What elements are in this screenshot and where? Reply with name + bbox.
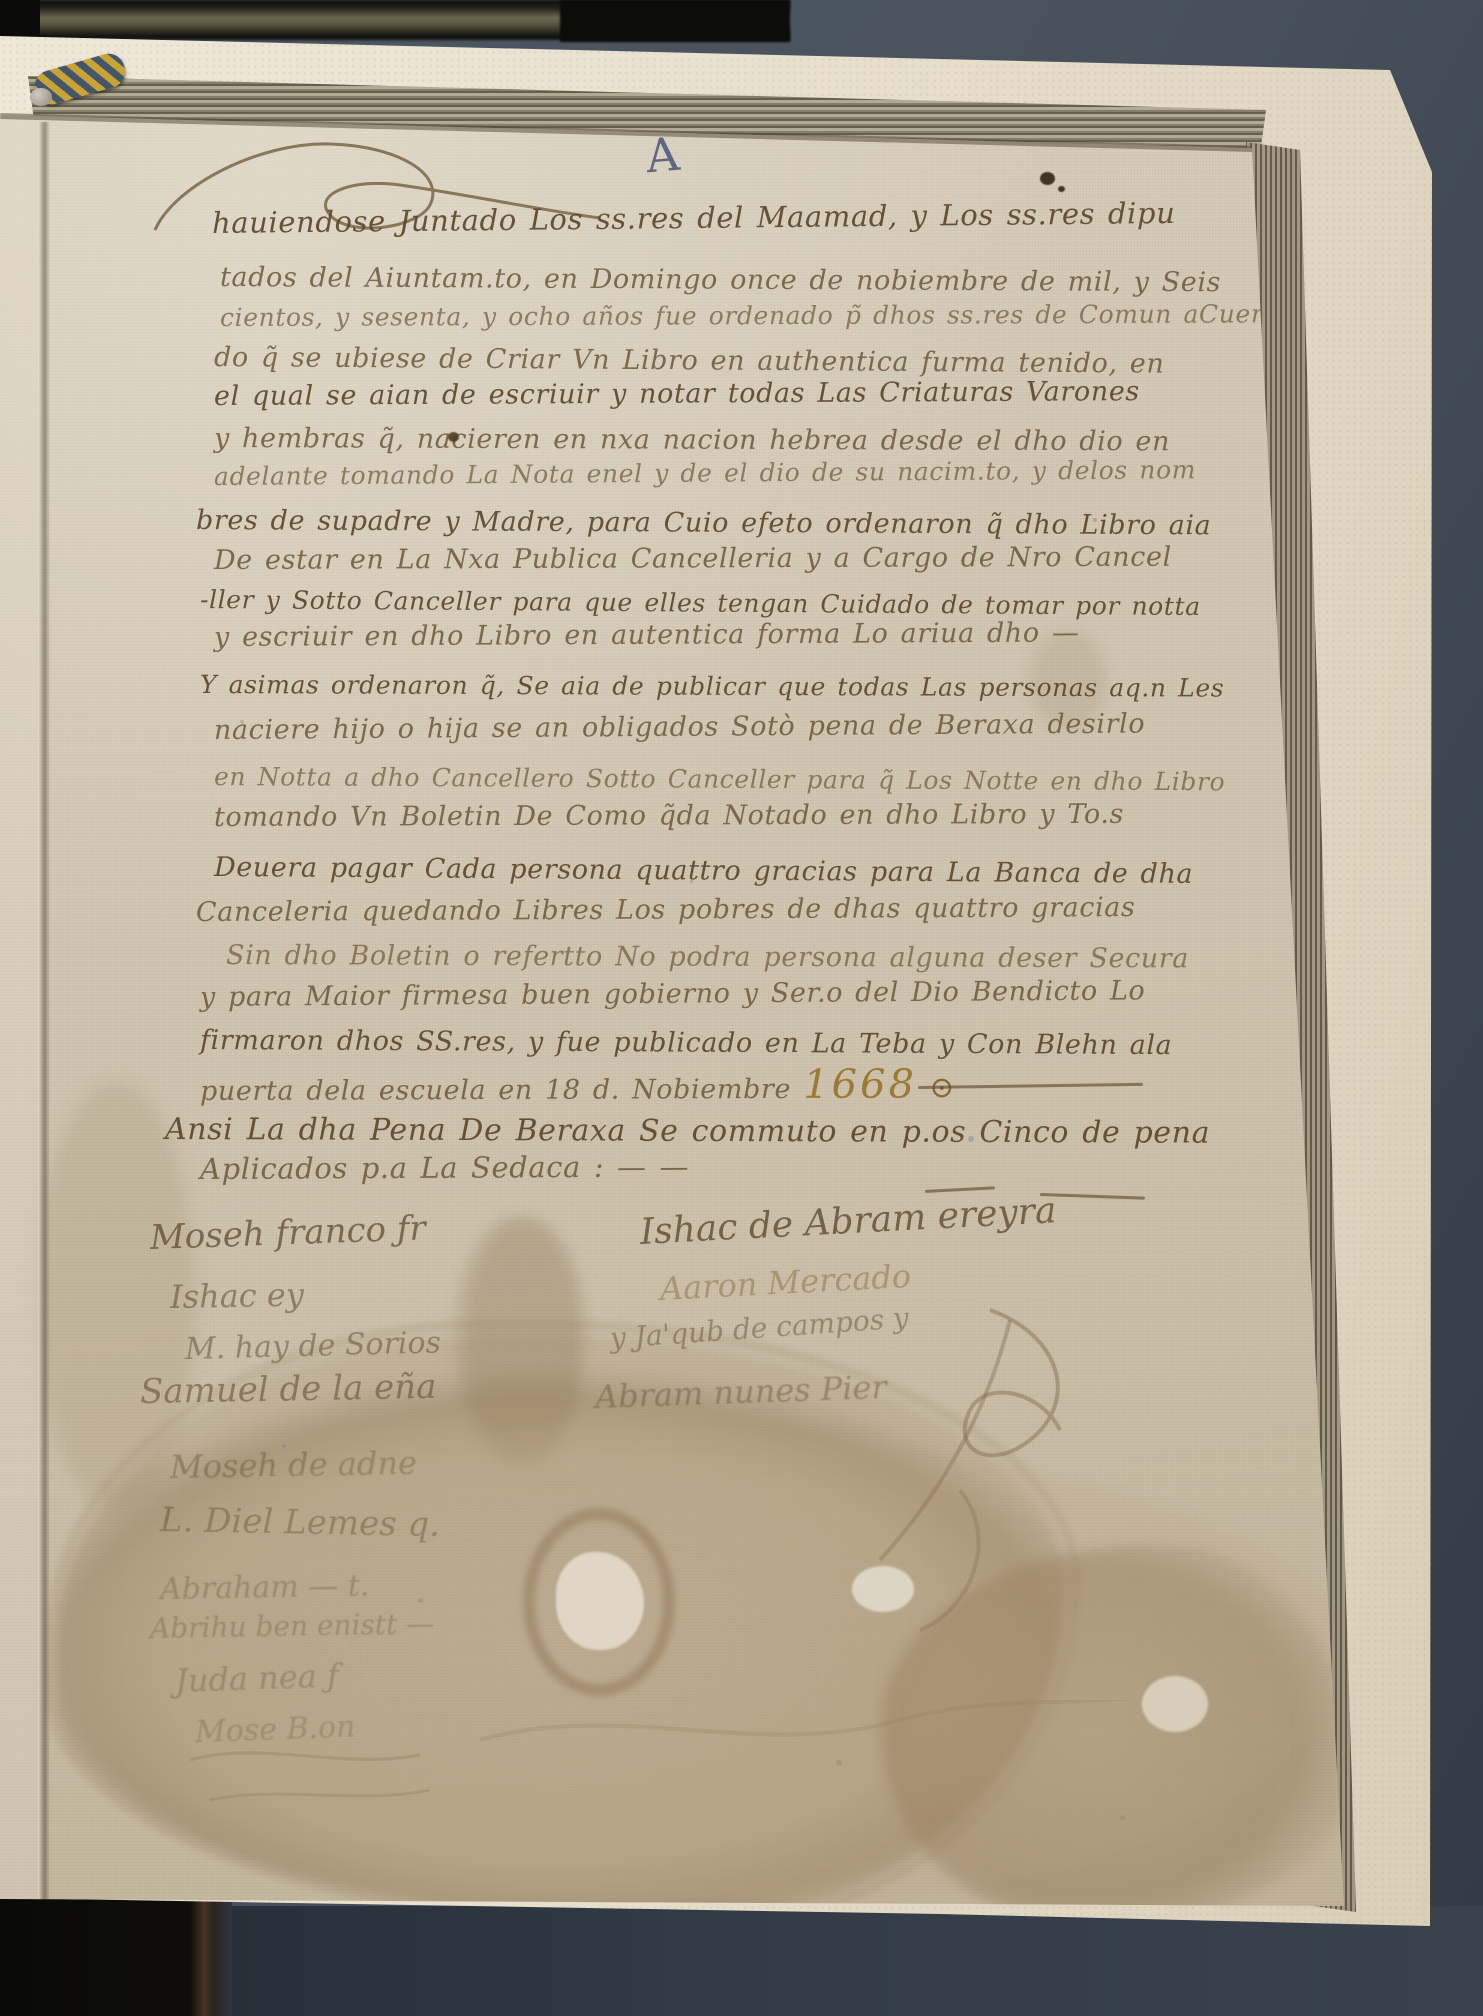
signature: Ishac ey [170,1276,305,1316]
manuscript-line-5: el qual se aian de escriuir y notar toda… [214,376,1140,412]
manuscript-photograph: A hauiendose Juntado Los ss.res del Maam… [0,0,1483,2016]
dash-stroke [925,1186,995,1193]
date-line-text: puerta dela escuela en 18 d. Nobiembre [200,1074,791,1107]
manuscript-line-19: y para Maior firmesa buen gobierno y Ser… [200,975,1146,1013]
paper-flake [556,1552,644,1650]
gutter-crease [38,122,50,1900]
ink-blot [1058,186,1065,192]
manuscript-line-3: cientos, y sesenta, y ocho años fue orde… [220,299,1264,332]
manuscript-line-2: tados del Aiuntam.to, en Domingo once de… [220,262,1221,298]
manuscript-line-8: bres de supadre y Madre, para Cuio efeto… [196,505,1211,541]
manuscript-line-12: Y asimas ordenaron q̃, Se aia de publica… [200,670,1224,703]
manuscript-line-4: do q̃ se ubiese de Criar Vn Libro en aut… [214,342,1165,380]
foxing-speck [303,958,308,963]
manuscript-line-9: De estar en La Nxa Publica Cancelleria y… [214,542,1172,576]
shelf-shadow-top-dark [560,0,790,42]
foxing-speck [1093,518,1097,522]
signature: M. hay de Sorios [185,1325,442,1367]
year-1668: 1668 [803,1061,917,1107]
manuscript-line-16: Deuera pagar Cada persona quattro gracia… [214,852,1193,890]
gutter-highlight [0,115,40,1900]
bottom-left-dark-edge [0,1894,232,2016]
foxing-speck [240,720,244,724]
signature: Samuel de la eña [140,1367,437,1412]
paper-flake [1142,1676,1208,1732]
blue-speck [968,1136,974,1142]
manuscript-line-22: Ansi La dha Pena De Beraxa Se commuto en… [165,1112,1210,1151]
manuscript-line-7: adelante tomando La Nota enel y de el di… [214,455,1196,491]
ink-blot [448,432,459,442]
manuscript-line-17: Canceleria quedando Libres Los pobres de… [196,892,1136,928]
manuscript-line-18: Sin dho Boletin o refertto No podra pers… [226,940,1189,974]
manuscript-line-20: firmaron dhos SS.res, y fue publicado en… [200,1025,1172,1061]
manuscript-line-10: -ller y Sotto Canceller para que elles t… [200,585,1201,621]
signature: Moseh franco ƒr [149,1208,426,1258]
manuscript-line-13: naciere hijo o hija se an obligados Sotò… [214,708,1145,746]
endband-bead [30,88,52,106]
manuscript-line-14: en Notta a dho Cancellero Sotto Cancelle… [214,762,1225,796]
manuscript-line-11: y escriuir en dho Libro en autentica for… [214,617,1080,653]
foxing-speck [690,880,693,883]
ink-blot [1040,172,1055,185]
paper-flake [852,1566,914,1612]
manuscript-line-15: tomando Vn Boletin De Como q̃da Notado e… [214,799,1124,833]
manuscript-line-6: y hembras q̃, nacieren en nxa nacion heb… [214,423,1170,457]
manuscript-line-21: puerta dela escuela en 18 d. Nobiembre 1… [200,1061,955,1110]
blue-speck [282,1444,286,1448]
manuscript-line-23: Aplicados p.a La Sedaca : — — [200,1149,689,1186]
